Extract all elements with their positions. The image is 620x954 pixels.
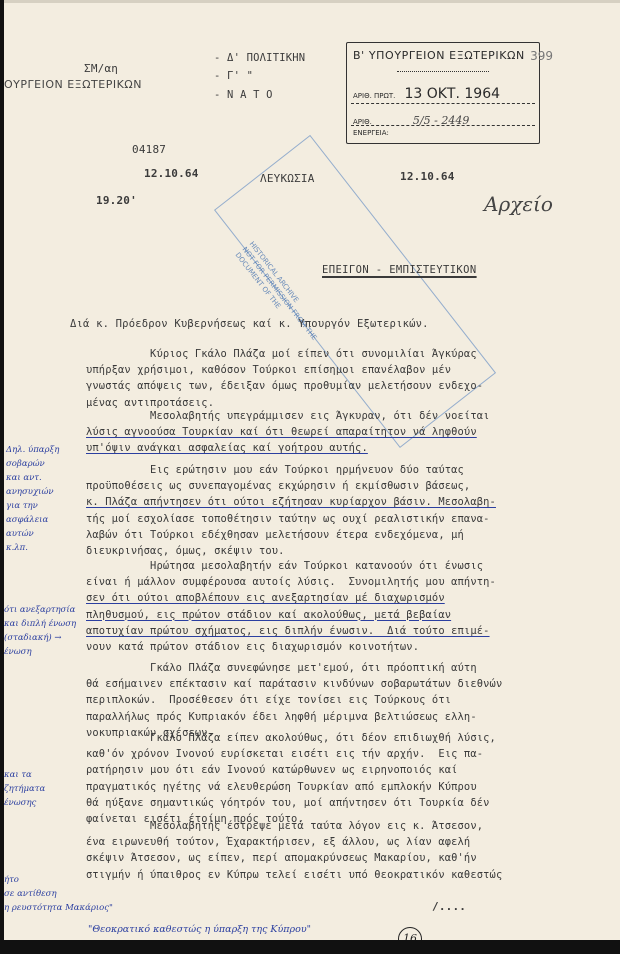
body-line: πληθυσμού, εις πρώτον στάδιον καί ακολού… — [86, 609, 451, 621]
distribution-item: - Γ' " — [214, 70, 253, 82]
body-line: θά εσήμαινεν επέκτασιν καί παράτασιν κιν… — [86, 678, 502, 690]
continuation-mark: /.... — [432, 900, 466, 913]
margin-note-line: ένωσης — [4, 796, 45, 810]
body-line: καθ'όν χρόνον Ινονού ευρίσκεται εισέτι ε… — [86, 748, 483, 760]
body-line: υπήρξαν χρήσιμοι, καθόσον Τούρκοι επίσημ… — [86, 364, 451, 376]
stamp-date-label: ΑΡΙΘ. ΠΡΩΤ. — [353, 92, 395, 100]
margin-note-line: και αντ. — [6, 471, 59, 485]
stamp-divider — [351, 125, 535, 126]
margin-note-line: σοβαρών — [6, 457, 59, 471]
body-line: κ. Πλάζα απήντησεν ότι ούτοι εζήτησαν κυ… — [86, 496, 496, 508]
stamp-number: 399 — [530, 49, 553, 63]
body-line: θά ηύξανε σημαντικώς γόητρόν του, μοί απ… — [86, 797, 490, 809]
stamp-title: Β' ΥΠΟΥΡΓΕΙΟΝ ΕΞΩΤΕΡΙΚΩΝ — [353, 49, 525, 62]
stamp-divider — [351, 103, 535, 104]
time: 19.20' — [96, 194, 137, 207]
initials: ΣΜ/αη — [84, 62, 118, 75]
body-line: σκέψιν Άτσεσον, ως είπεν, περί απομακρύν… — [86, 852, 477, 864]
body-line: σεν ότι ούτοι αποβλέπουν εις ανεξαρτησία… — [86, 592, 445, 604]
stamp-divider — [397, 71, 489, 72]
body-line: Κύριος Γκάλο Πλάζα μοί είπεν ότι συνομιλ… — [86, 348, 477, 360]
scan-border-bottom — [0, 940, 620, 954]
stamp-action-label: ΕΝΕΡΓΕΙΑ: — [353, 129, 389, 137]
body-line: Ηρώτησα μεσολαβητήν εάν Τούρκοι κατανοού… — [86, 560, 483, 572]
receipt-stamp: Β' ΥΠΟΥΡΓΕΙΟΝ ΕΞΩΤΕΡΙΚΩΝ 399 ΑΡΙΘ. ΠΡΩΤ.… — [346, 42, 540, 144]
body-line: ένα ειρωνευθή τούτον, Έχαρακτήρισεν, εξ … — [86, 836, 470, 848]
body-line: προϋποθέσεις ως συνεπαγομένας εκχώρησιν … — [86, 480, 470, 492]
body-line: μένας αντιπροτάσεις. — [86, 397, 214, 409]
margin-note-line: αυτών — [6, 527, 59, 541]
margin-note-security: Δηλ. ύπαρξησοβαρώνκαι αντ.ανησυχιώνγια τ… — [6, 443, 59, 555]
margin-note-line: η ρευστότητα Μακάριος" — [4, 901, 113, 915]
margin-note-line: και διπλή ένωση — [4, 617, 76, 631]
body-line: περιπλοκών. Προσέθεσεν ότι είχε τονίσει … — [86, 694, 451, 706]
margin-note-line: ζητήματα — [4, 782, 45, 796]
margin-note-union: και ταζητήματαένωσης — [4, 768, 45, 810]
protocol-number: 04187 — [132, 143, 166, 156]
margin-note-line: ότι ανεξαρτησία — [4, 603, 76, 617]
distribution-item: - Δ' ΠΟΛΙΤΙΚΗΝ — [214, 52, 305, 64]
body-line: Γκάλο Πλάζα συνεφώνησε μετ'εμού, ότι πρό… — [86, 662, 477, 674]
stamp-date-value: 13 ΟΚΤ. 1964 — [404, 86, 500, 102]
margin-note-line: ανησυχιών — [6, 485, 59, 499]
margin-note-line: για την — [6, 499, 59, 513]
document-page: ΣΜ/αη ΟΥΡΓΕΙΟΝ ΕΞΩΤΕΡΙΚΩΝ - Δ' ΠΟΛΙΤΙΚΗΝ… — [4, 0, 620, 940]
stamp-date-row: ΑΡΙΘ. ΠΡΩΤ. 13 ΟΚΤ. 1964 — [353, 83, 500, 102]
body-line: νουν κατά πρώτον στάδιον εις διαχωρισμόν… — [86, 641, 419, 653]
margin-note-line: ένωση — [4, 645, 76, 659]
body-line: υπ'όψιν ανάγκαι ασφαλείας καί γοήτρου αυ… — [86, 442, 368, 454]
body-line: λαβών ότι Τούρκοι εδέχθησαν μελετήσουν έ… — [86, 529, 464, 541]
handwritten-bottom-note: "Θεοκρατικό καθεστώς η ύπαρξη της Κύπρου… — [88, 924, 311, 935]
margin-note-line: σε αντίθεση — [4, 887, 113, 901]
body-line: αποτυχίαν πρώτου σχήματος, εις διπλήν έν… — [86, 625, 490, 637]
margin-note-makarios: ήτοσε αντίθεσηη ρευστότητα Μακάριος" — [4, 873, 113, 915]
body-line: Γκάλο Πλάζα είπεν ακολούθως, ότι δέον επ… — [86, 732, 496, 744]
body-line: στιγμήν ή ύπαιθρος εν Κύπρω τελεί εισέτι… — [86, 869, 502, 881]
margin-note-line: κ.λπ. — [6, 541, 59, 555]
classification-heading: ΕΠΕΙΓΟΝ - ΕΜΠΙΣΤΕΥΤΙΚΟΝ — [322, 264, 477, 276]
body-line: λύσις αγνοούσα Τουρκίαν καί ότι θεωρεί α… — [86, 426, 477, 438]
margin-note-line: (σταδιακή) → — [4, 631, 76, 645]
body-line: διευκρινήσας, όμως, σκέψιν του. — [86, 545, 285, 557]
handwritten-archive-note: Αρχείο — [484, 192, 553, 216]
ministry-heading: ΟΥΡΓΕΙΟΝ ΕΞΩΤΕΡΙΚΩΝ — [4, 78, 142, 91]
body-line: ρατήρησιν μου ότι εάν Ινονού κατώρθωνεν … — [86, 764, 458, 776]
margin-note-line: Δηλ. ύπαρξη — [6, 443, 59, 457]
margin-note-line: ήτο — [4, 873, 113, 887]
body-line: Μεσολαβητής υπεγράμμισεν εις Άγκυραν, ότ… — [86, 410, 490, 422]
body-line: Εις ερώτησιν μου εάν Τούρκοι ηρμήνευον δ… — [86, 464, 464, 476]
margin-note-line: και τα — [4, 768, 45, 782]
body-line: γνωστάς απόψεις των, έδειξαν όμως προθυμ… — [86, 380, 483, 392]
margin-note-partition: ότι ανεξαρτησίακαι διπλή ένωση(σταδιακή)… — [4, 603, 76, 659]
body-line: τής μοί εσχολίασε τοποθέτησιν ταύτην ως … — [86, 513, 490, 525]
body-line: Μεσολαβητής έστρεψε μετά ταύτα λόγον εις… — [86, 820, 483, 832]
body-line: είναι ή μάλλον συμφέρουσα αυτοίς λύσις. … — [86, 576, 496, 588]
date-right: 12.10.64 — [400, 170, 455, 183]
distribution-item: - Ν Α Τ Ο — [214, 89, 273, 101]
body-line: παραλλήλως πρός Κυπριακόν έδει ληφθή μέρ… — [86, 711, 477, 723]
margin-note-line: ασφάλεια — [6, 513, 59, 527]
page-edge — [4, 0, 620, 3]
addressee: Διά κ. Πρόεδρον Κυβερνήσεως καί κ. Υπουρ… — [70, 318, 429, 330]
date-sent: 12.10.64 — [144, 167, 199, 180]
body-line: πραγματικός ηγέτης νά ελευθερώση Τουρκία… — [86, 781, 477, 793]
